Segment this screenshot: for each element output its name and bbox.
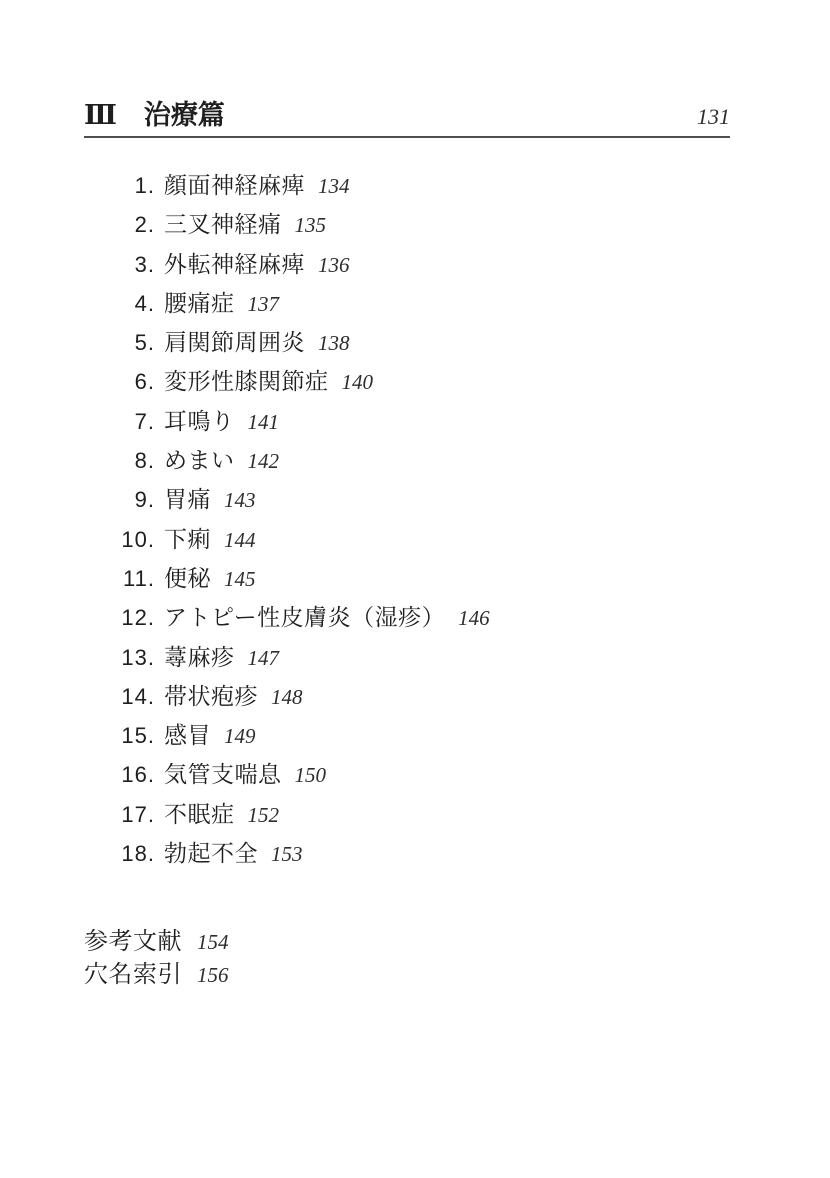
toc-item-page: 135 bbox=[295, 213, 327, 238]
toc-item-page: 137 bbox=[248, 292, 280, 317]
toc-item: 5. 肩関節周囲炎 138 bbox=[0, 324, 830, 363]
toc-item: 14. 帯状疱疹 148 bbox=[0, 678, 830, 717]
toc-item-number: 18. bbox=[0, 841, 155, 867]
toc-item-number: 4. bbox=[0, 291, 155, 317]
toc-item-number: 10. bbox=[0, 527, 155, 553]
running-head: Ⅲ 治療篇 131 bbox=[84, 102, 730, 138]
toc-list: 1. 顔面神経麻痺 134 2. 三叉神経痛 135 3. 外転神経麻痺 136… bbox=[0, 167, 830, 874]
part-heading: Ⅲ 治療篇 bbox=[84, 102, 225, 129]
toc-item-title: 顔面神経麻痺 bbox=[164, 167, 305, 200]
toc-item-page: 142 bbox=[248, 449, 280, 474]
toc-item-page: 149 bbox=[224, 724, 256, 749]
toc-item: 18. 勃起不全 153 bbox=[0, 835, 830, 874]
toc-item-page: 147 bbox=[248, 646, 280, 671]
toc-item-page: 150 bbox=[295, 763, 327, 788]
toc-item-title: 下痢 bbox=[164, 521, 211, 554]
toc-item: 8. めまい 142 bbox=[0, 442, 830, 481]
toc-item-title: 外転神経麻痺 bbox=[164, 246, 305, 279]
toc-item-page: 146 bbox=[458, 606, 490, 631]
toc-item-title: 帯状疱疹 bbox=[164, 678, 258, 711]
toc-item-number: 14. bbox=[0, 684, 155, 710]
toc-item-number: 5. bbox=[0, 330, 155, 356]
toc-item: 2. 三叉神経痛 135 bbox=[0, 206, 830, 245]
toc-item-number: 11. bbox=[0, 566, 155, 592]
toc-item: 7. 耳鳴り 141 bbox=[0, 403, 830, 442]
toc-item-number: 7. bbox=[0, 409, 155, 435]
toc-item-title: 肩関節周囲炎 bbox=[164, 324, 305, 357]
toc-item-number: 3. bbox=[0, 252, 155, 278]
toc-item-number: 8. bbox=[0, 448, 155, 474]
toc-item-title: 耳鳴り bbox=[164, 403, 235, 436]
toc-item-number: 12. bbox=[0, 605, 155, 631]
toc-item-title: 勃起不全 bbox=[164, 835, 258, 868]
toc-item: 9. 胃痛 143 bbox=[0, 481, 830, 520]
backmatter-item: 参考文献 154 bbox=[84, 921, 229, 954]
toc-item-title: 三叉神経痛 bbox=[164, 206, 282, 239]
part-title: 治療篇 bbox=[144, 102, 225, 129]
toc-item: 17. 不眠症 152 bbox=[0, 796, 830, 835]
toc-item: 1. 顔面神経麻痺 134 bbox=[0, 167, 830, 206]
part-numeral: Ⅲ bbox=[84, 102, 117, 129]
toc-item-title: 便秘 bbox=[164, 560, 211, 593]
toc-item-page: 143 bbox=[224, 488, 256, 513]
toc-item: 13. 蕁麻疹 147 bbox=[0, 639, 830, 678]
toc-item-title: 変形性膝関節症 bbox=[164, 363, 329, 396]
toc-item: 10. 下痢 144 bbox=[0, 521, 830, 560]
toc-item: 15. 感冒 149 bbox=[0, 717, 830, 756]
toc-item-title: 不眠症 bbox=[164, 796, 235, 829]
page-number: 131 bbox=[697, 106, 730, 129]
toc-item-page: 138 bbox=[318, 331, 350, 356]
toc-item: 3. 外転神経麻痺 136 bbox=[0, 246, 830, 285]
toc-item-number: 15. bbox=[0, 723, 155, 749]
toc-item-number: 9. bbox=[0, 487, 155, 513]
toc-item-title: 胃痛 bbox=[164, 481, 211, 514]
toc-item-title: アトピー性皮膚炎（湿疹） bbox=[164, 599, 445, 632]
toc-item: 12. アトピー性皮膚炎（湿疹） 146 bbox=[0, 599, 830, 638]
toc-item-page: 134 bbox=[318, 174, 350, 199]
toc-item-title: めまい bbox=[164, 442, 235, 475]
toc-item-page: 145 bbox=[224, 567, 256, 592]
toc-item-page: 148 bbox=[271, 685, 303, 710]
toc-item-page: 136 bbox=[318, 253, 350, 278]
toc-item-number: 17. bbox=[0, 802, 155, 828]
toc-item-number: 6. bbox=[0, 369, 155, 395]
toc-item-title: 腰痛症 bbox=[164, 285, 235, 318]
toc-item-number: 13. bbox=[0, 645, 155, 671]
backmatter-item-title: 参考文献 bbox=[84, 921, 182, 956]
backmatter-list: 参考文献 154 穴名索引 156 bbox=[84, 921, 229, 987]
toc-item-title: 気管支喘息 bbox=[164, 756, 282, 789]
book-toc-page: Ⅲ 治療篇 131 1. 顔面神経麻痺 134 2. 三叉神経痛 135 3. … bbox=[0, 0, 830, 1178]
toc-item-page: 144 bbox=[224, 528, 256, 553]
toc-item-page: 140 bbox=[342, 370, 374, 395]
backmatter-item-title: 穴名索引 bbox=[84, 954, 182, 989]
toc-item: 6. 変形性膝関節症 140 bbox=[0, 363, 830, 402]
toc-item-page: 153 bbox=[271, 842, 303, 867]
backmatter-item-page: 154 bbox=[197, 930, 229, 955]
toc-item-title: 蕁麻疹 bbox=[164, 639, 235, 672]
toc-item-title: 感冒 bbox=[164, 717, 211, 750]
toc-item-number: 2. bbox=[0, 212, 155, 238]
toc-item-page: 152 bbox=[248, 803, 280, 828]
toc-item-number: 16. bbox=[0, 762, 155, 788]
backmatter-item: 穴名索引 156 bbox=[84, 954, 229, 987]
backmatter-item-page: 156 bbox=[197, 963, 229, 988]
toc-item: 4. 腰痛症 137 bbox=[0, 285, 830, 324]
toc-item: 16. 気管支喘息 150 bbox=[0, 756, 830, 795]
toc-item-number: 1. bbox=[0, 173, 155, 199]
toc-item: 11. 便秘 145 bbox=[0, 560, 830, 599]
toc-item-page: 141 bbox=[248, 410, 280, 435]
